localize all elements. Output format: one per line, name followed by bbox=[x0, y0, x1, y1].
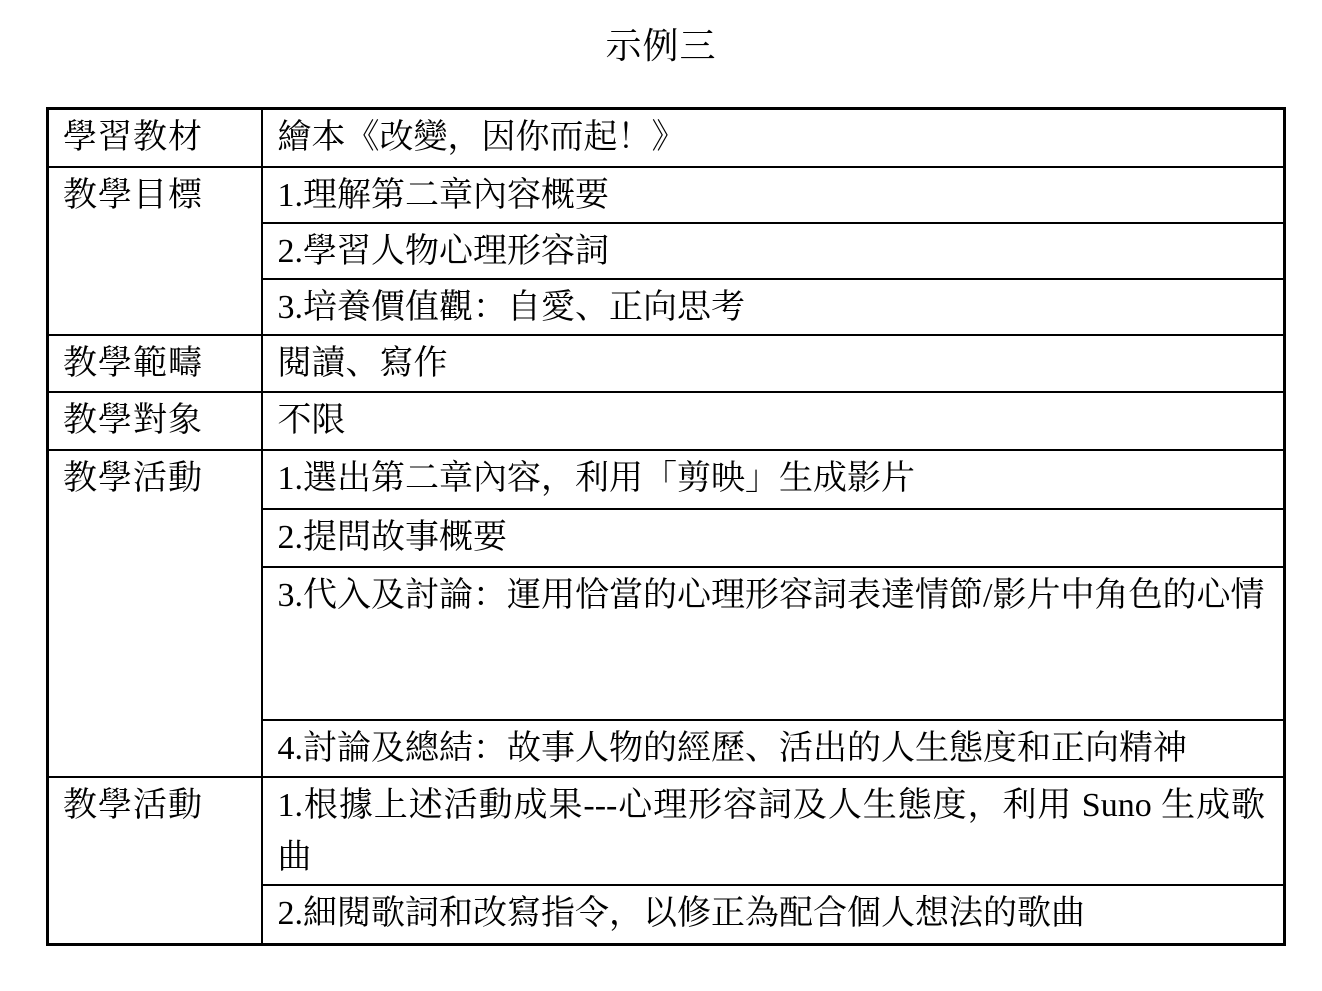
cell-activity2-2: 2.細閱歌詞和改寫指令，以修正為配合個人想法的歌曲 bbox=[262, 885, 1285, 945]
table-row: 教學對象 不限 bbox=[48, 392, 1285, 450]
row-label-teaching-target: 教學對象 bbox=[48, 392, 262, 450]
cell-activity1-1: 1.選出第二章內容，利用「剪映」生成影片 bbox=[262, 450, 1285, 509]
cell-activity2-1: 1.根據上述活動成果---心理形容詞及人生態度，利用 Suno 生成歌曲 bbox=[262, 777, 1285, 885]
table-row: 教學活動 1.選出第二章內容，利用「剪映」生成影片 bbox=[48, 450, 1285, 509]
cell-teaching-scope: 閱讀、寫作 bbox=[262, 335, 1285, 392]
cell-activity1-3: 3.代入及討論：運用恰當的心理形容詞表達情節/影片中角色的心情 bbox=[262, 567, 1285, 720]
cell-activity1-4: 4.討論及總結：故事人物的經歷、活出的人生態度和正向精神 bbox=[262, 720, 1285, 777]
row-label-teaching-activities-2: 教學活動 bbox=[48, 777, 262, 945]
table-row: 教學活動 1.根據上述活動成果---心理形容詞及人生態度，利用 Suno 生成歌… bbox=[48, 777, 1285, 885]
cell-activity1-2: 2.提問故事概要 bbox=[262, 509, 1285, 567]
table-row: 教學目標 1.理解第二章內容概要 bbox=[48, 167, 1285, 223]
row-label-learning-material: 學習教材 bbox=[48, 109, 262, 167]
cell-objective-3: 3.培養價值觀：自愛、正向思考 bbox=[262, 279, 1285, 335]
row-label-teaching-objectives: 教學目標 bbox=[48, 167, 262, 335]
table-row: 學習教材 繪本《改變，因你而起！》 bbox=[48, 109, 1285, 167]
cell-teaching-target: 不限 bbox=[262, 392, 1285, 450]
row-label-teaching-activities-1: 教學活動 bbox=[48, 450, 262, 777]
row-label-teaching-scope: 教學範疇 bbox=[48, 335, 262, 392]
table-row: 教學範疇 閱讀、寫作 bbox=[48, 335, 1285, 392]
lesson-plan-table: 學習教材 繪本《改變，因你而起！》 教學目標 1.理解第二章內容概要 2.學習人… bbox=[46, 107, 1286, 946]
cell-objective-1: 1.理解第二章內容概要 bbox=[262, 167, 1285, 223]
document-title: 示例三 bbox=[0, 0, 1322, 68]
cell-objective-2: 2.學習人物心理形容詞 bbox=[262, 223, 1285, 279]
cell-learning-material: 繪本《改變，因你而起！》 bbox=[262, 109, 1285, 167]
document-page: 示例三 學習教材 繪本《改變，因你而起！》 教學目標 1.理解第二章內容概要 2… bbox=[0, 0, 1322, 991]
